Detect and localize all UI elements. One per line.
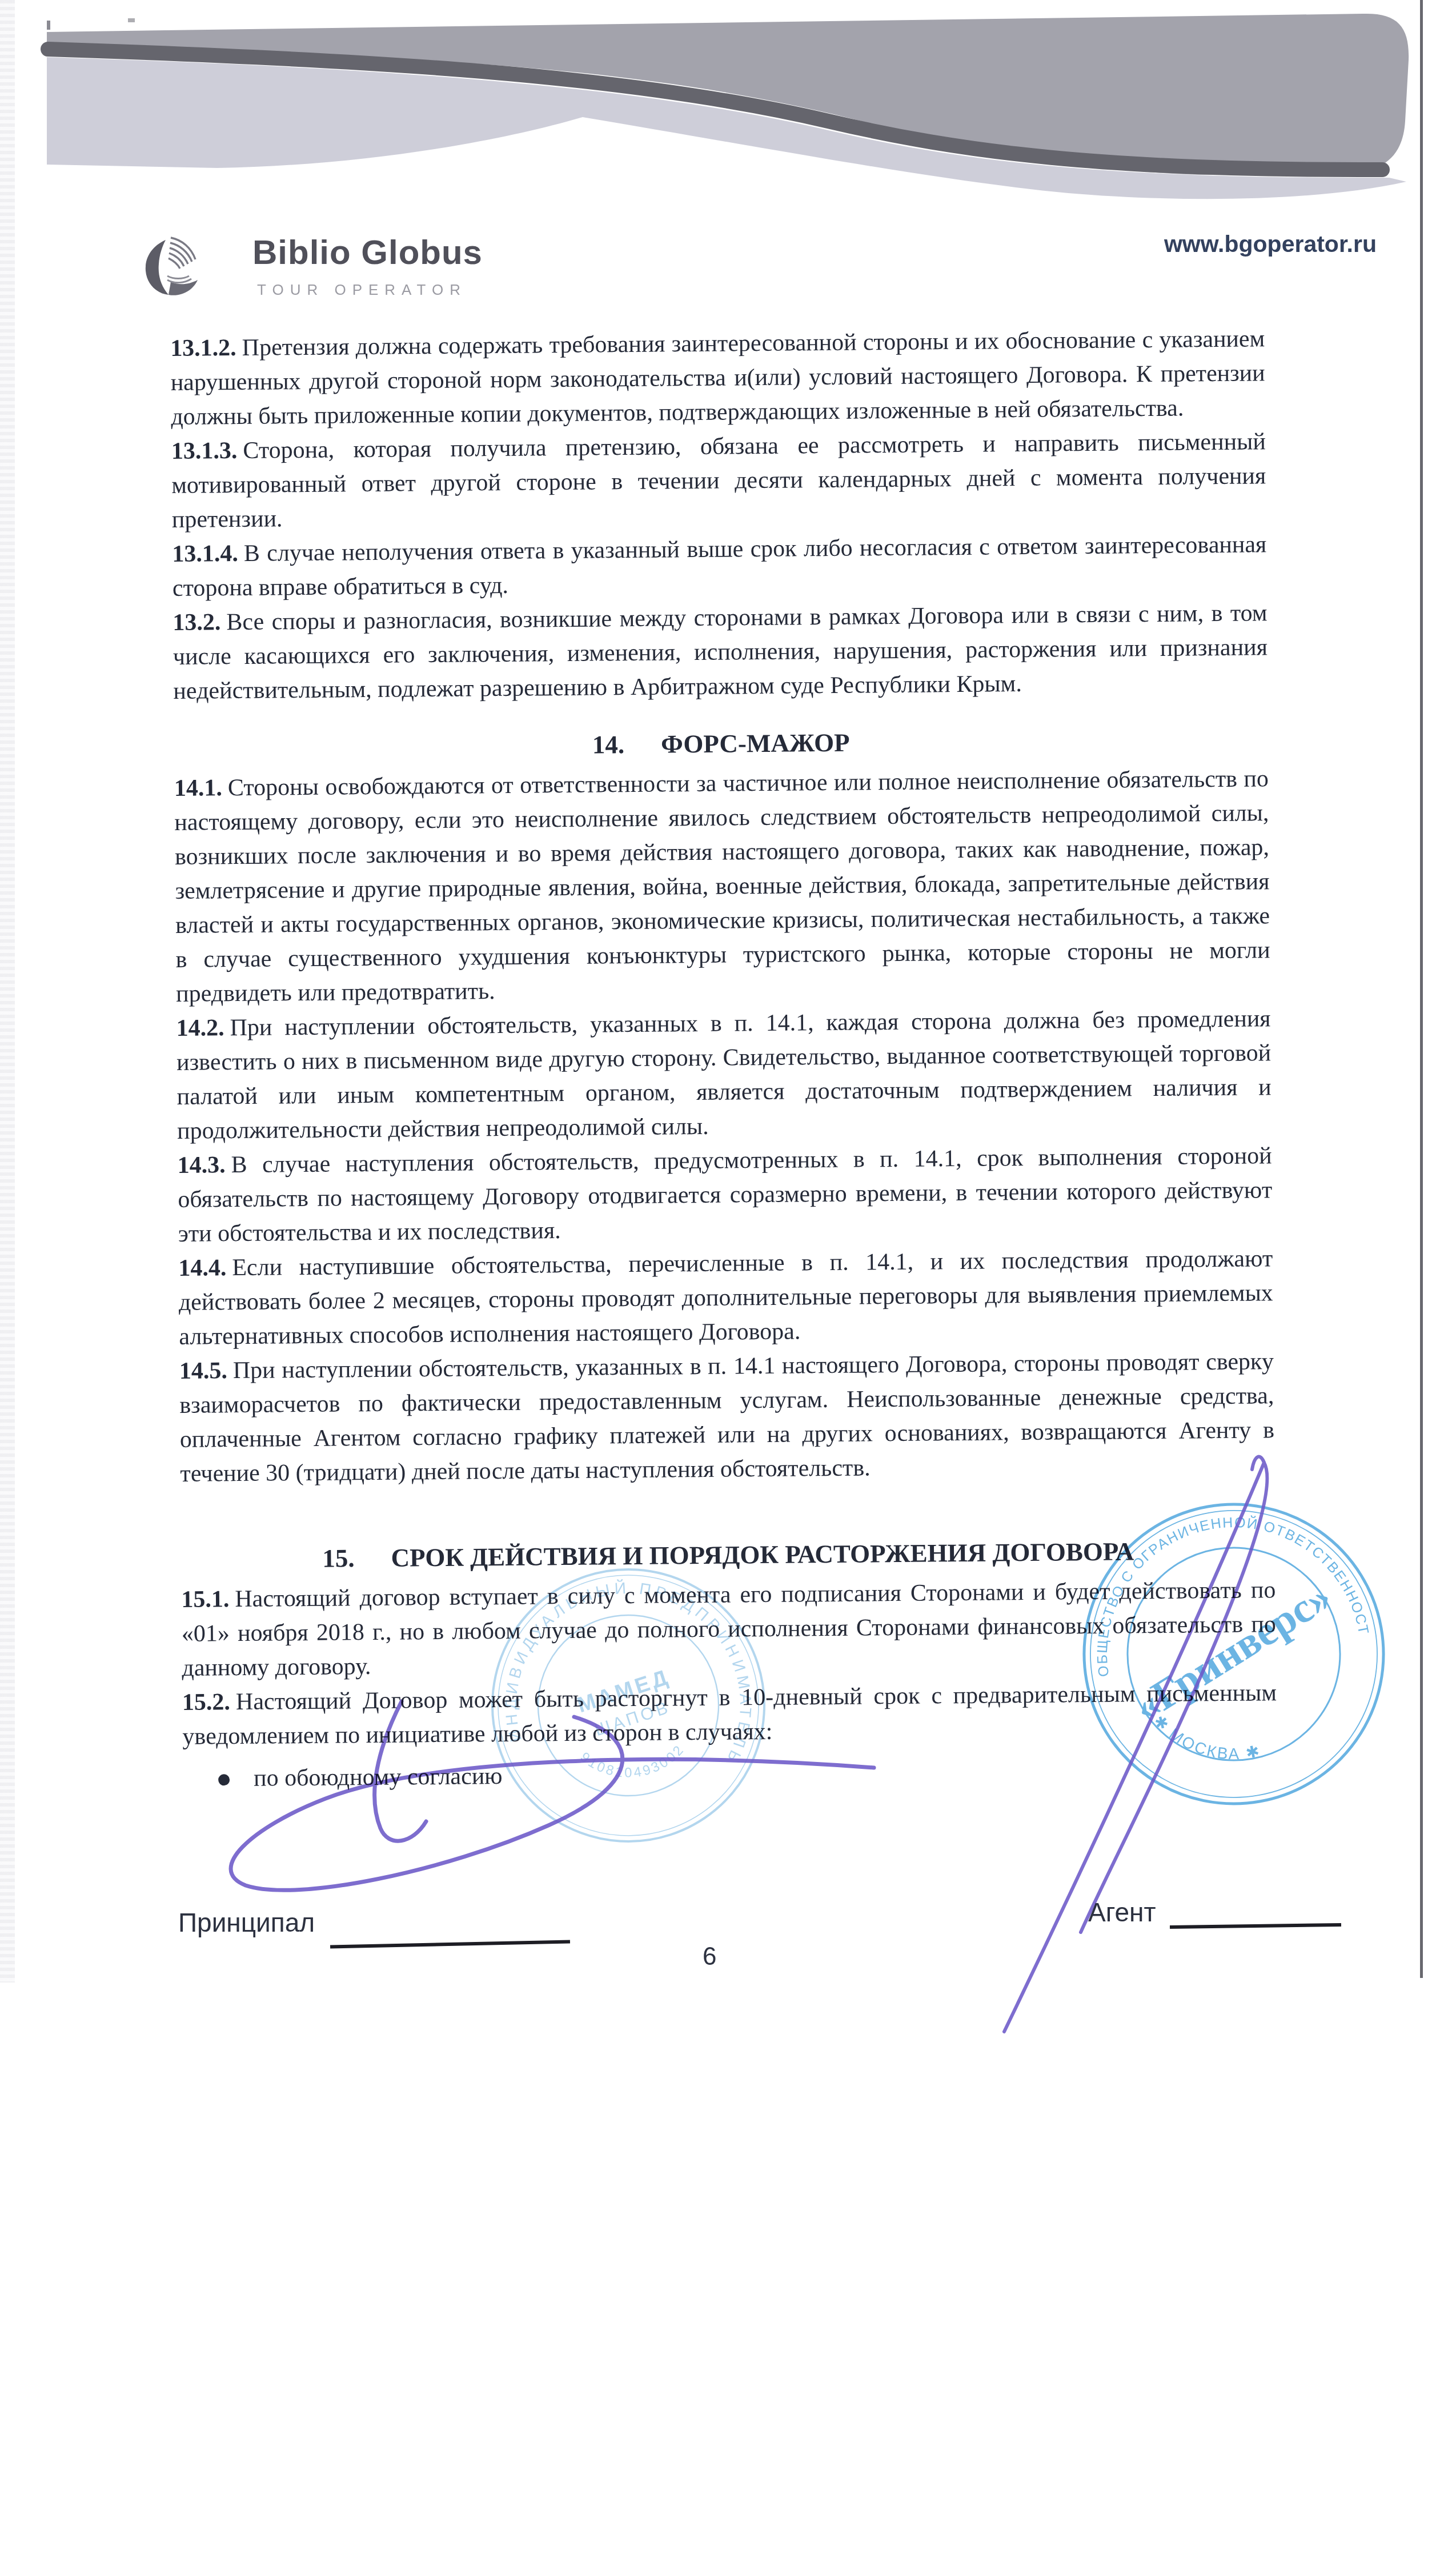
paragraph-number: 15. [322, 1544, 355, 1572]
paragraph-number: 13.1.4. [172, 540, 238, 567]
contract-paragraph: 14.5.При наступлении обстоятельств, указ… [179, 1344, 1275, 1491]
contract-body: 13.1.2.Претензия должна содержать требов… [170, 322, 1277, 1796]
principal-label: Принципал [178, 1907, 315, 1938]
paragraph-number: 14.4. [178, 1255, 226, 1282]
contract-paragraph: 14.4.Если наступившие обстоятельства, пе… [178, 1242, 1273, 1354]
bullet-list: по обоюдному согласию [183, 1752, 1277, 1796]
paragraph-number: 15.1. [181, 1586, 229, 1613]
agent-signature-line [1170, 1923, 1341, 1929]
paragraph-number: 13.2. [173, 609, 220, 636]
contract-paragraph: 13.1.3.Сторона, которая получила претенз… [171, 425, 1266, 537]
page-number: 6 [703, 1943, 716, 1971]
paragraph-number: 14.1. [174, 775, 222, 802]
paragraph-number: 13.1.3. [171, 438, 238, 464]
brand-subtitle: TOUR OPERATOR [257, 281, 467, 299]
agent-label: Агент [1088, 1897, 1156, 1928]
paragraph-number: 14.5. [179, 1357, 227, 1384]
paragraph-number: 14.3. [178, 1152, 226, 1179]
contract-paragraph: 13.1.2.Претензия должна содержать требов… [170, 322, 1265, 434]
letterhead-wave-banner [0, 0, 1456, 246]
website-text: www.bgoperator.ru [1164, 231, 1377, 258]
scan-edge-strip [0, 0, 15, 1983]
contract-paragraph: 14.2.При наступлении обстоятельств, указ… [176, 1002, 1272, 1148]
contract-paragraph: 13.1.4.В случае неполучения ответа в ука… [172, 527, 1267, 606]
contract-paragraph: 13.2.Все споры и разногласия, возникшие … [173, 596, 1268, 708]
paragraph-number: 14.2. [176, 1015, 224, 1042]
bullet-item: по обоюдному согласию [254, 1752, 1277, 1796]
contract-paragraph: 14.1.Стороны освобождаются от ответствен… [174, 762, 1271, 1011]
brand-name: Biblio Globus [252, 235, 483, 270]
biblio-globus-logo-icon [139, 227, 205, 303]
contract-paragraph: 14.3.В случае наступления обстоятельств,… [177, 1139, 1272, 1251]
principal-signature-line [330, 1940, 570, 1949]
contract-paragraph: 15.1.Настоящий договор вступает в силу с… [181, 1573, 1276, 1685]
paragraph-number: 14. [592, 730, 625, 759]
contract-paragraph: 15.2.Настоящий Договор может быть растор… [182, 1676, 1277, 1754]
section-heading: 14.ФОРС-МАЖОР [174, 722, 1268, 766]
section-heading: 15.СРОК ДЕЙСТВИЯ И ПОРЯДОК РАСТОРЖЕНИЯ Д… [181, 1533, 1275, 1577]
scan-edge-line [1420, 0, 1423, 1978]
paragraph-number: 15.2. [182, 1689, 230, 1716]
paragraph-number: 13.1.2. [170, 335, 236, 362]
scanned-contract-page: Biblio Globus TOUR OPERATOR www.bgoperat… [0, 0, 1456, 2571]
